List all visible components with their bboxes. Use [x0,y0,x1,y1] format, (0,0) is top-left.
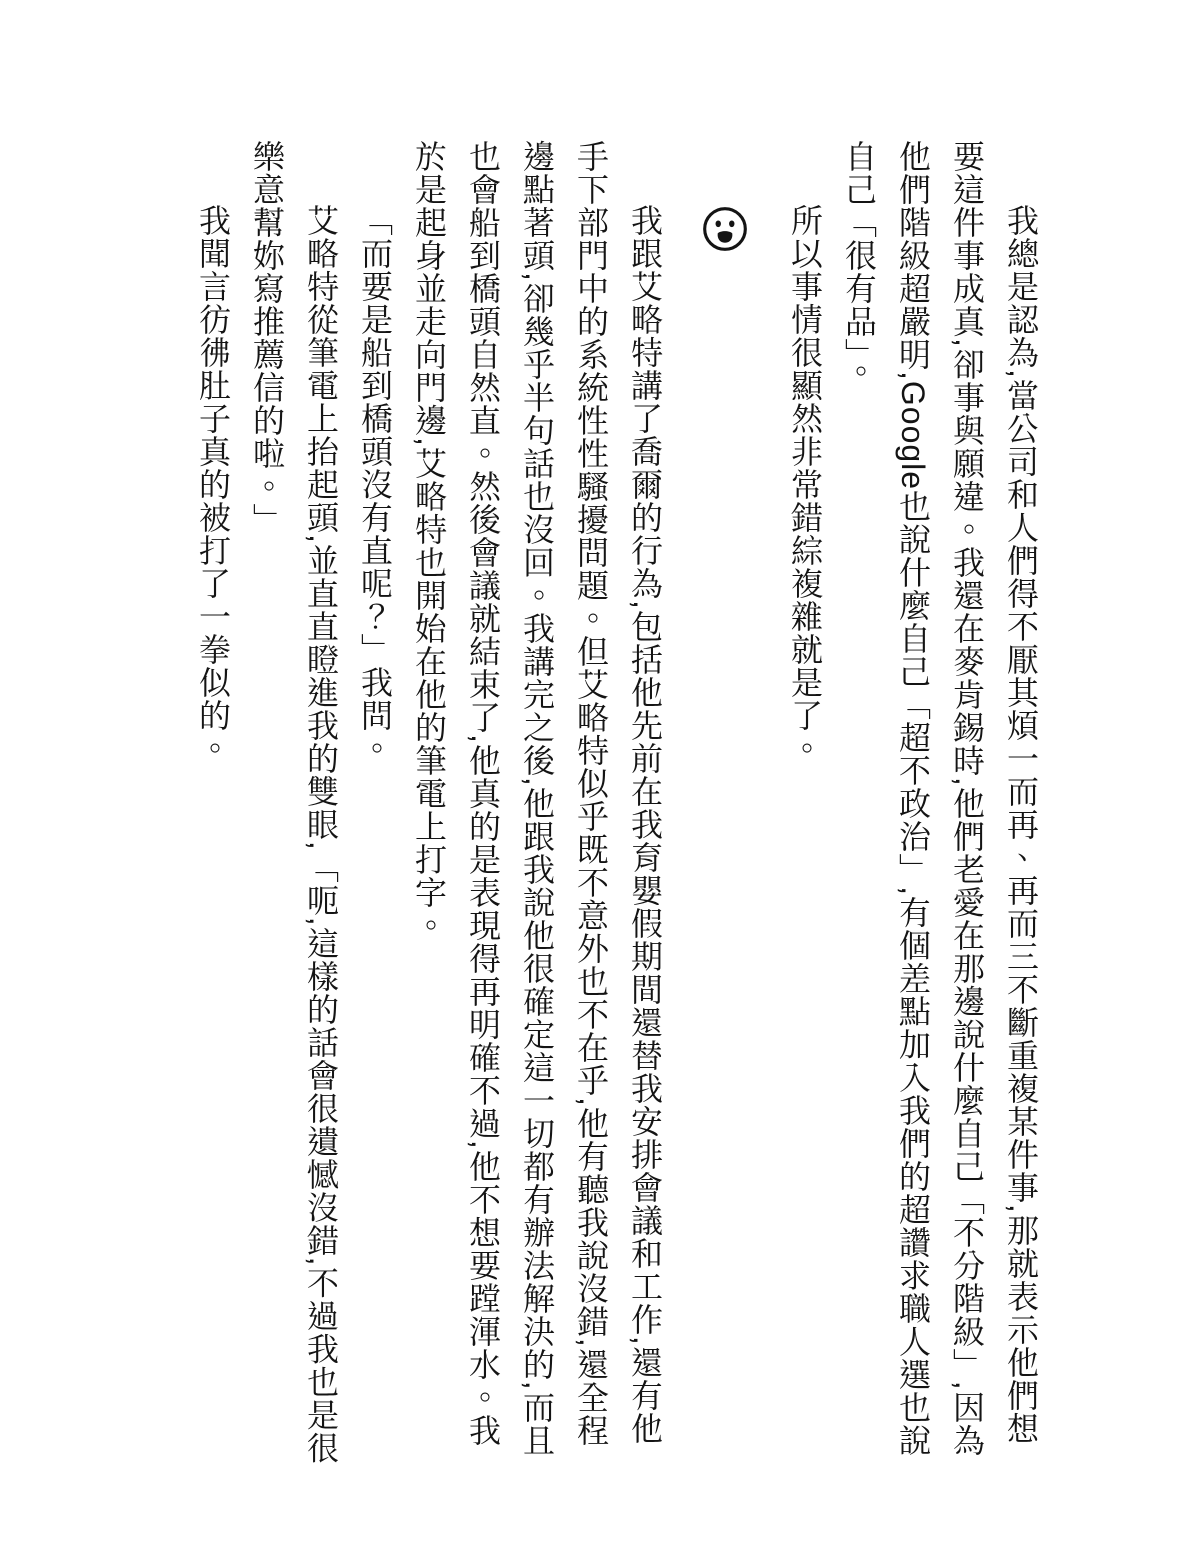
paragraph-1: 我總是認為,當公司和人們得不厭其煩一而再、再而三不斷重複某件事,那就表示他們想要… [832,140,1048,1470]
emoji-paragraph [698,140,752,1470]
paragraph-4: 「而要是船到橋頭沒有直呢？」我問。 [348,140,402,1470]
vertical-text-block: 我總是認為,當公司和人們得不厭其煩一而再、再而三不斷重複某件事,那就表示他們想要… [186,140,1048,1470]
frowning-open-mouth-face-icon [700,204,750,254]
book-page: 我總是認為,當公司和人們得不厭其煩一而再、再而三不斷重複某件事,那就表示他們想要… [0,0,1200,1553]
paragraph-5: 艾略特從筆電上抬起頭,並直直瞪進我的雙眼,「呃,這樣的話會很遺憾沒錯,不過我也是… [240,140,348,1470]
paragraph-6: 我聞言彷彿肚子真的被打了一拳似的。 [186,140,240,1470]
paragraph-3: 我跟艾略特講了喬爾的行為,包括他先前在我育嬰假期間還替我安排會議和工作,還有他手… [402,140,672,1470]
paragraph-2: 所以事情很顯然非常錯綜複雜就是了。 [778,140,832,1470]
